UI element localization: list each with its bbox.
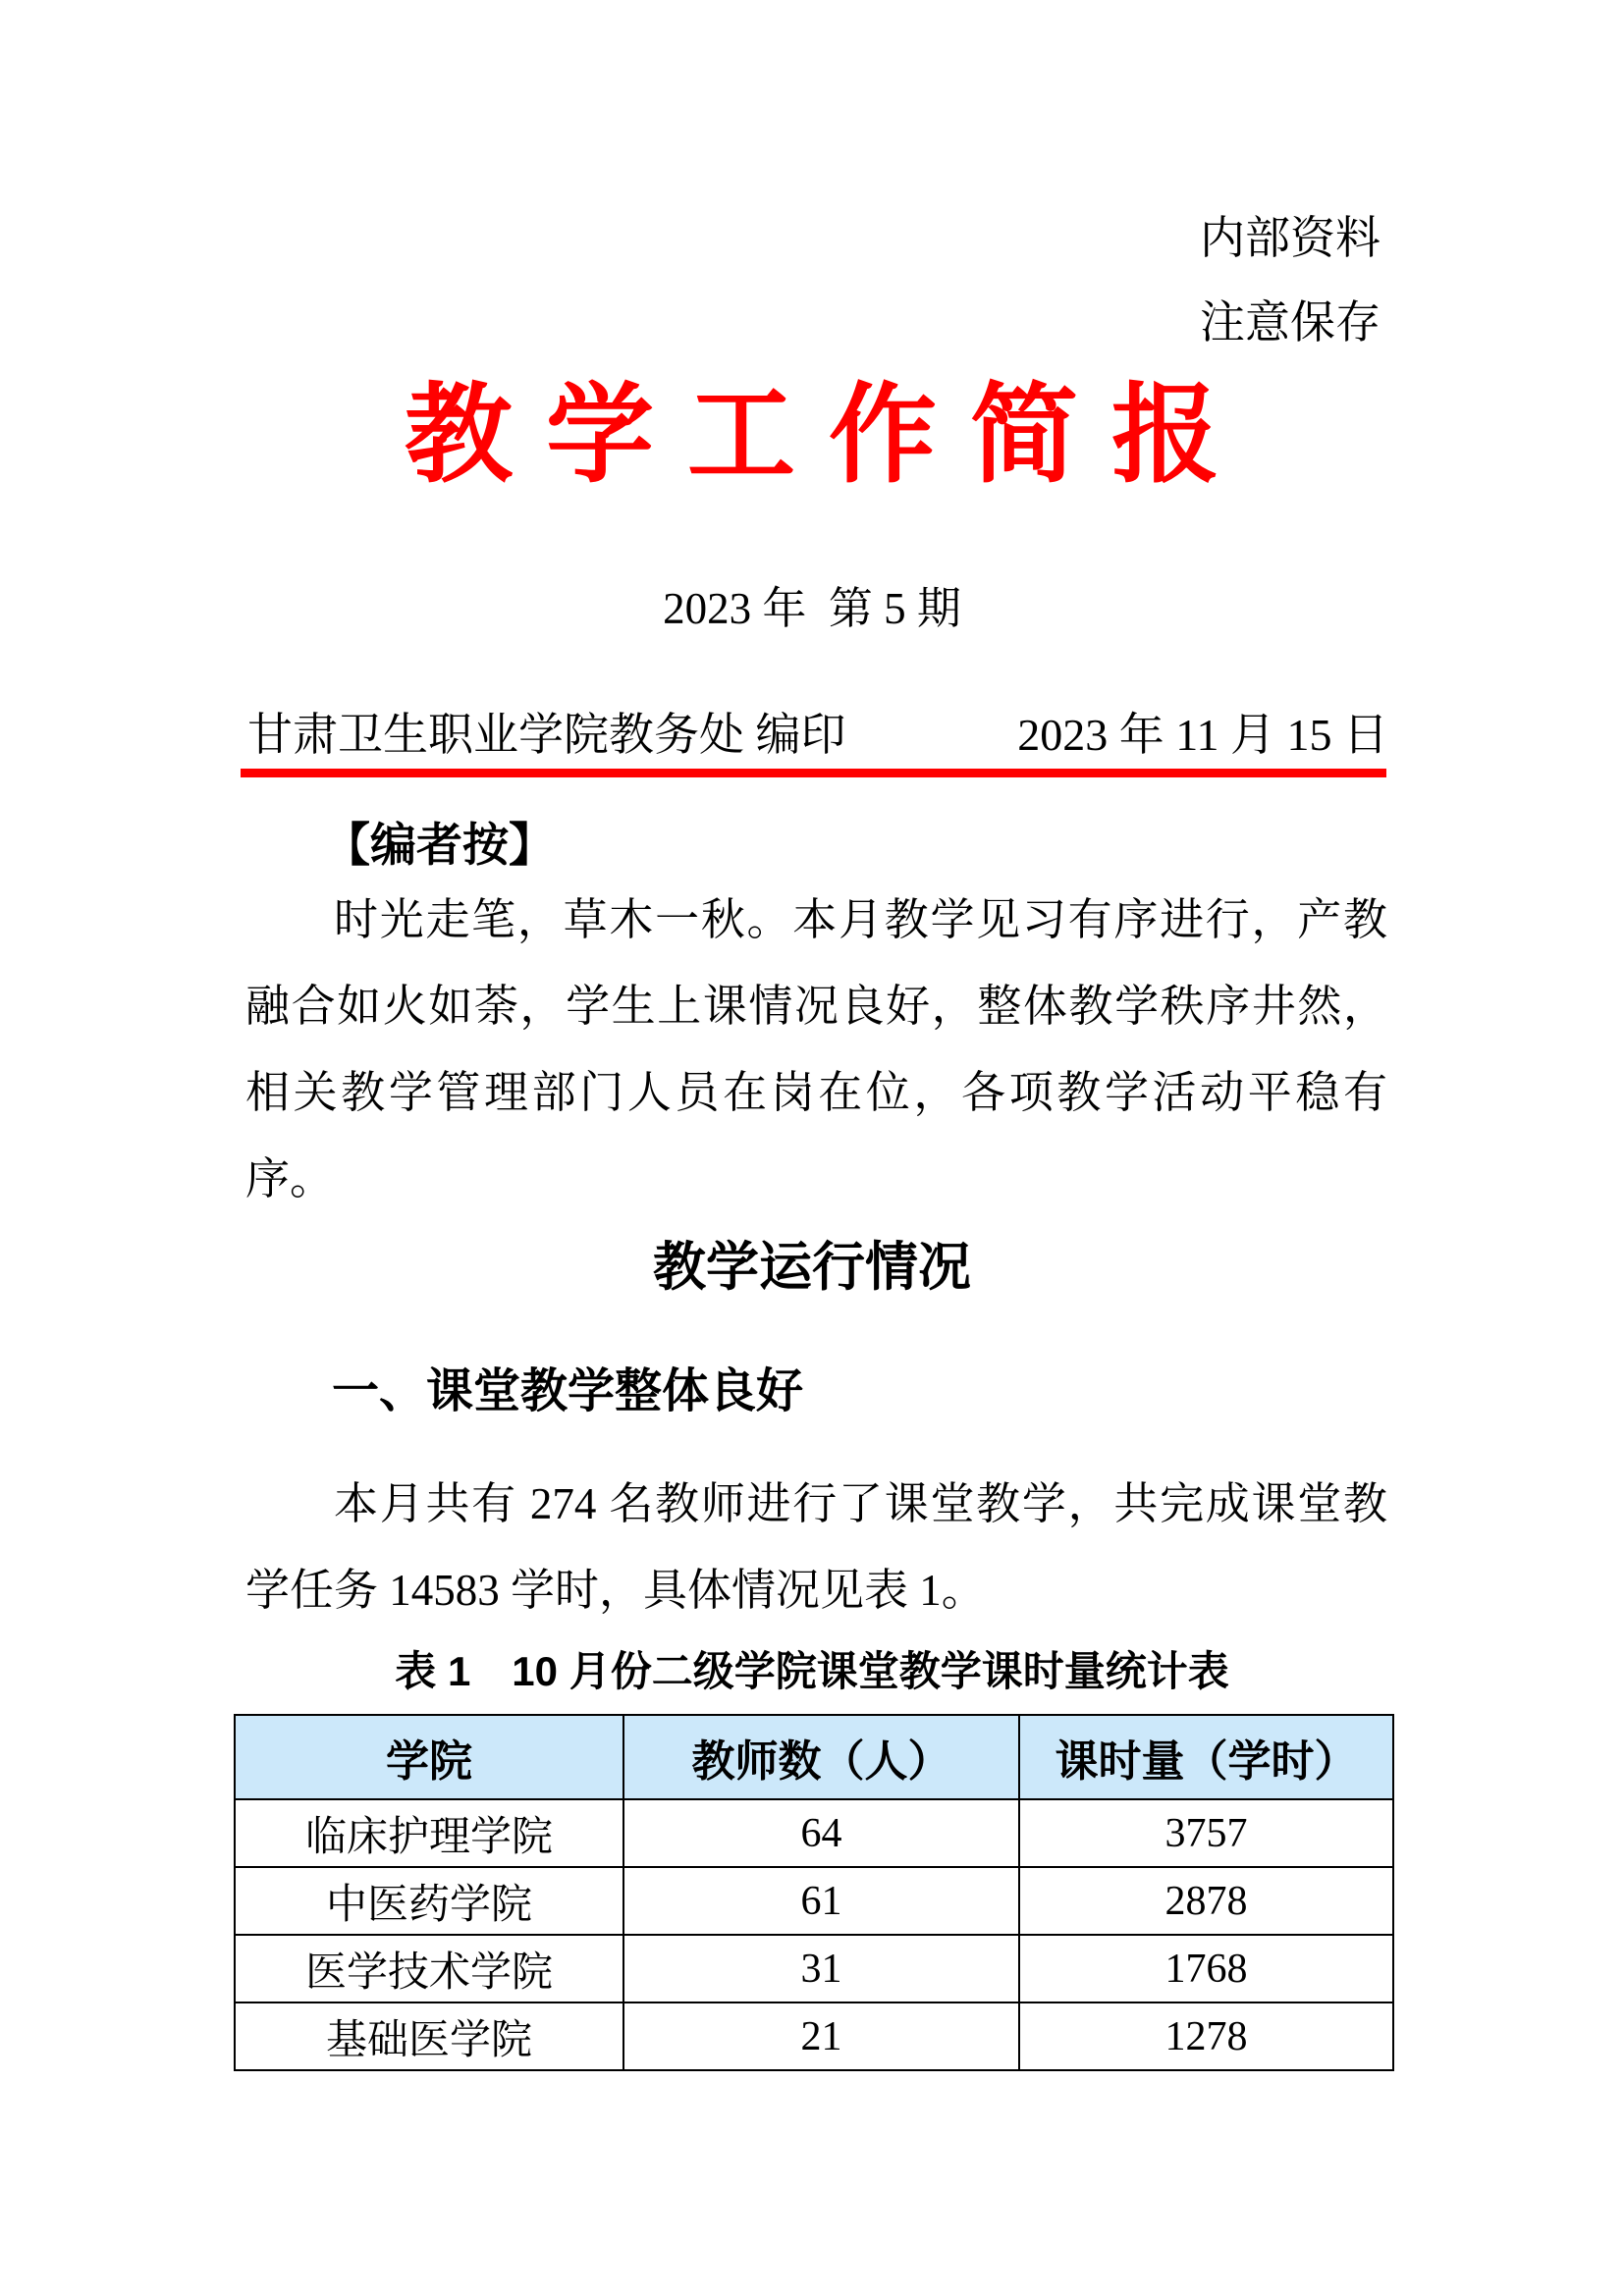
column-header-class-hours: 课时量（学时） — [1019, 1715, 1393, 1799]
teaching-paragraph: 本月共有 274 名教师进行了课堂教学，共完成课堂教学任务 14583 学时，具… — [245, 1461, 1387, 1633]
classification-line-internal: 内部资料 — [1200, 196, 1380, 281]
publisher-row: 甘肃卫生职业学院教务处 编印 2023 年 11 月 15 日 — [247, 699, 1388, 764]
classification-notice: 内部资料 注意保存 — [1200, 196, 1380, 365]
table-row: 临床护理学院 64 3757 — [235, 1799, 1393, 1867]
table-cell-college: 基础医学院 — [235, 2002, 623, 2070]
table-cell-college: 中医药学院 — [235, 1867, 623, 1935]
bulletin-title: 教学工作简报 — [0, 373, 1624, 501]
table-row: 中医药学院 61 2878 — [235, 1867, 1393, 1935]
table-header-row: 学院 教师数（人） 课时量（学时） — [235, 1715, 1393, 1799]
column-header-teacher-count: 教师数（人） — [623, 1715, 1019, 1799]
table-cell-college: 医学技术学院 — [235, 1935, 623, 2002]
document-page: 内部资料 注意保存 教学工作简报 2023 年 第 5 期 甘肃卫生职业学院教务… — [0, 0, 1624, 2296]
table-cell-hours: 1278 — [1019, 2002, 1393, 2070]
class-hours-table: 学院 教师数（人） 课时量（学时） 临床护理学院 64 3757 中医药学院 6… — [234, 1714, 1394, 2071]
table-cell-college: 临床护理学院 — [235, 1799, 623, 1867]
issue-number: 2023 年 第 5 期 — [0, 572, 1624, 636]
table-cell-hours: 2878 — [1019, 1867, 1393, 1935]
editor-note-body: 时光走笔，草木一秋。本月教学见习有序进行，产教融合如火如荼，学生上课情况良好，整… — [245, 877, 1387, 1222]
section-subheading: 一、课堂教学整体良好 — [332, 1353, 803, 1420]
red-divider-rule — [241, 769, 1386, 777]
editor-note-label: 【编者按】 — [324, 809, 555, 875]
table-cell-teachers: 31 — [623, 1935, 1019, 2002]
table-cell-teachers: 61 — [623, 1867, 1019, 1935]
table-cell-hours: 3757 — [1019, 1799, 1393, 1867]
column-header-college: 学院 — [235, 1715, 623, 1799]
publish-date: 2023 年 11 月 15 日 — [1017, 699, 1388, 764]
table-caption: 表 1 10 月份二级学院课堂教学课时量统计表 — [0, 1639, 1624, 1698]
table-row: 基础医学院 21 1278 — [235, 2002, 1393, 2070]
section-heading: 教学运行情况 — [0, 1225, 1624, 1301]
classification-line-keep: 注意保存 — [1200, 281, 1380, 365]
publisher-name: 甘肃卫生职业学院教务处 编印 — [247, 699, 846, 764]
table-cell-teachers: 21 — [623, 2002, 1019, 2070]
table-cell-teachers: 64 — [623, 1799, 1019, 1867]
table-cell-hours: 1768 — [1019, 1935, 1393, 2002]
table-row: 医学技术学院 31 1768 — [235, 1935, 1393, 2002]
